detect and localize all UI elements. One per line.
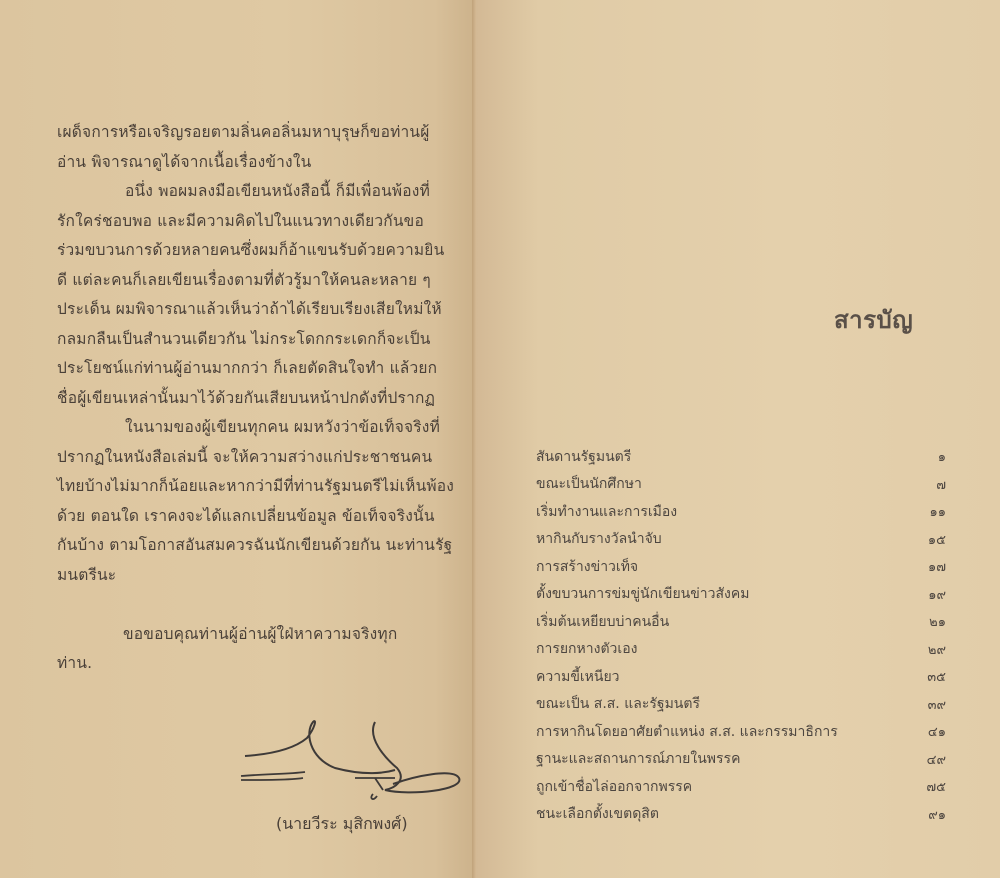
text-line: เผด็จการหรือเจริญรอยตามลิ่นคอลิ่นมหาบุรุ… <box>57 118 457 148</box>
toc-entry-title: ถูกเข้าชื่อไล่ออกจากพรรค <box>536 776 692 798</box>
text-line: ขอขอบคุณท่านผู้อ่านผู้ใฝ่หาความจริงทุก <box>57 620 457 650</box>
right-page: สารบัญ สันดานรัฐมนตรี๑ ขณะเป็นนักศึกษา๗ … <box>476 0 1000 878</box>
toc-entry-title: การหากินโดยอาศัยตำแหน่ง ส.ส. และกรรมาธิก… <box>536 721 838 743</box>
toc-entry-title: การสร้างข่าวเท็จ <box>536 556 638 578</box>
toc-entry-title: ความขี้เหนียว <box>536 666 620 688</box>
toc-entry: สันดานรัฐมนตรี๑ <box>536 443 946 471</box>
text-line: ประโยชน์แก่ท่านผู้อ่านมากกว่า ก็เลยตัดสิ… <box>57 354 457 384</box>
toc-entry-page: ๓๙ <box>906 694 946 715</box>
toc-entry-page: ๗๕ <box>906 776 946 797</box>
text-line: ในนามของผู้เขียนทุกคน ผมหวังว่าข้อเท็จจร… <box>57 413 457 443</box>
toc-entry: การสร้างข่าวเท็จ๑๗ <box>536 553 946 581</box>
signer-name: (นายวีระ มุสิกพงศ์) <box>276 812 408 837</box>
preface-text: เผด็จการหรือเจริญรอยตามลิ่นคอลิ่นมหาบุรุ… <box>57 118 457 679</box>
text-line: ไทยบ้างไม่มากก็น้อยและหากว่ามีที่ท่านรัฐ… <box>57 472 457 502</box>
toc-entry: ขณะเป็นนักศึกษา๗ <box>536 471 946 499</box>
toc-entry-title: ตั้งขบวนการข่มขู่นักเขียนข่าวสังคม <box>536 583 750 605</box>
text-line: อนึ่ง พอผมลงมือเขียนหนังสือนี้ ก็มีเพื่อ… <box>57 177 457 207</box>
toc-entry: หากินกับรางวัลนำจับ๑๕ <box>536 526 946 554</box>
toc-entry: ชนะเลือกตั้งเขตดุสิต๙๑ <box>536 801 946 829</box>
toc-entry: ความขี้เหนียว๓๕ <box>536 663 946 691</box>
text-line: ท่าน. <box>57 649 457 679</box>
toc-entry-page: ๑๑ <box>906 501 946 522</box>
toc-entry: ถูกเข้าชื่อไล่ออกจากพรรค๗๕ <box>536 773 946 801</box>
signature-icon <box>235 718 465 808</box>
text-line: ดี แต่ละคนก็เลยเขียนเรื่องตามที่ตัวรู้มา… <box>57 266 457 296</box>
toc-entry: เริ่มทำงานและการเมือง๑๑ <box>536 498 946 526</box>
toc-entry-page: ๓๕ <box>906 666 946 687</box>
text-line: มนตรีนะ <box>57 561 457 591</box>
toc-entry-title: เริ่มต้นเหยียบบ่าคนอื่น <box>536 611 669 633</box>
text-line: ชื่อผู้เขียนเหล่านั้นมาไว้ด้วยกันเสียบนห… <box>57 384 457 414</box>
toc-entry-title: ฐานะและสถานการณ์ภายในพรรค <box>536 748 740 770</box>
toc-entry-page: ๑๗ <box>906 556 946 577</box>
text-line: ปรากฏในหนังสือเล่มนี้ จะให้ความสว่างแก่ป… <box>57 443 457 473</box>
toc-entry-title: การยกหางตัวเอง <box>536 638 637 660</box>
toc-entry-page: ๒๑ <box>906 611 946 632</box>
toc-entry-page: ๗ <box>906 474 946 495</box>
text-line: รักใคร่ชอบพอ และมีความคิดไปในแนวทางเดียว… <box>57 207 457 237</box>
toc-entry-page: ๒๙ <box>906 639 946 660</box>
text-line: กันบ้าง ตามโอกาสอันสมควรฉันนักเขียนด้วยก… <box>57 531 457 561</box>
toc-entry-page: ๑๙ <box>906 584 946 605</box>
toc-entry-title: เริ่มทำงานและการเมือง <box>536 501 677 523</box>
toc-entry-title: สันดานรัฐมนตรี <box>536 446 631 468</box>
text-line: ประเด็น ผมพิจารณาแล้วเห็นว่าถ้าได้เรียบเ… <box>57 295 457 325</box>
toc-entry-page: ๔๑ <box>906 721 946 742</box>
toc-entry: เริ่มต้นเหยียบบ่าคนอื่น๒๑ <box>536 608 946 636</box>
toc-entry-title: หากินกับรางวัลนำจับ <box>536 528 662 550</box>
toc-entry-title: ชนะเลือกตั้งเขตดุสิต <box>536 803 659 825</box>
left-page: เผด็จการหรือเจริญรอยตามลิ่นคอลิ่นมหาบุรุ… <box>0 0 472 878</box>
toc-entry: ตั้งขบวนการข่มขู่นักเขียนข่าวสังคม๑๙ <box>536 581 946 609</box>
toc-entry: ขณะเป็น ส.ส. และรัฐมนตรี๓๙ <box>536 691 946 719</box>
table-of-contents: สันดานรัฐมนตรี๑ ขณะเป็นนักศึกษา๗ เริ่มทำ… <box>536 443 946 828</box>
toc-entry-page: ๑๕ <box>906 529 946 550</box>
toc-entry: การยกหางตัวเอง๒๙ <box>536 636 946 664</box>
text-line-blank <box>57 590 457 620</box>
toc-entry: การหากินโดยอาศัยตำแหน่ง ส.ส. และกรรมาธิก… <box>536 718 946 746</box>
text-line: กลมกลืนเป็นสำนวนเดียวกัน ไม่กระโดกกระเดก… <box>57 325 457 355</box>
toc-title: สารบัญ <box>834 300 913 339</box>
toc-entry: ฐานะและสถานการณ์ภายในพรรค๔๙ <box>536 746 946 774</box>
text-line: อ่าน พิจารณาดูได้จากเนื้อเรื่องข้างใน <box>57 148 457 178</box>
book-spread: เผด็จการหรือเจริญรอยตามลิ่นคอลิ่นมหาบุรุ… <box>0 0 1000 878</box>
toc-entry-title: ขณะเป็น ส.ส. และรัฐมนตรี <box>536 693 700 715</box>
toc-entry-page: ๙๑ <box>906 804 946 825</box>
toc-entry-page: ๔๙ <box>906 749 946 770</box>
toc-entry-page: ๑ <box>906 446 946 467</box>
text-line: ร่วมขบวนการด้วยหลายคนซึ่งผมก็อ้าแขนรับด้… <box>57 236 457 266</box>
text-line: ด้วย ตอนใด เราคงจะได้แลกเปลี่ยนข้อมูล ข้… <box>57 502 457 532</box>
toc-entry-title: ขณะเป็นนักศึกษา <box>536 473 642 495</box>
